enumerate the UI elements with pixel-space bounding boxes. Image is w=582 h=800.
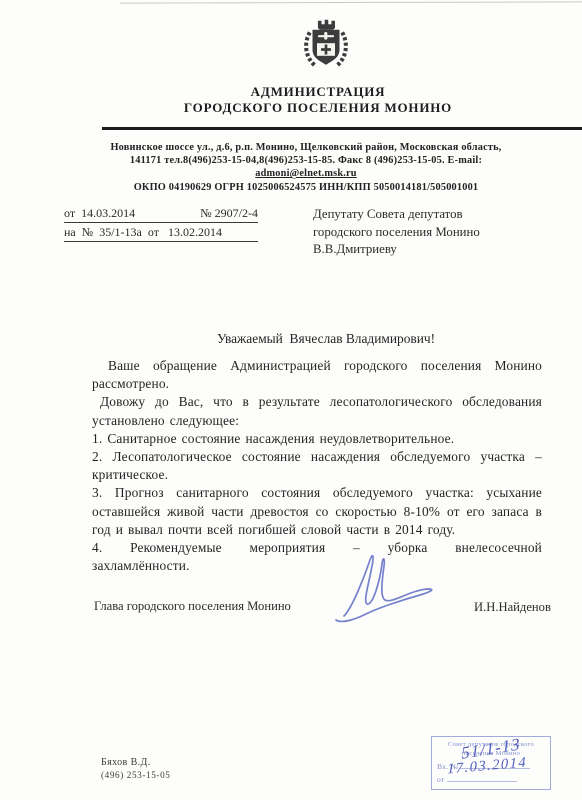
body-line: Довожу до Вас, что в результате лесопато… bbox=[92, 393, 542, 411]
email-text: admoni@elnet.msk.ru bbox=[255, 168, 356, 179]
monino-coat-of-arms-icon bbox=[299, 18, 353, 72]
body-line: 3. Прогноз санитарного состояния обследу… bbox=[92, 484, 542, 502]
stamp-date-label: от bbox=[437, 775, 445, 784]
reference-out-date: от 14.03.2014 bbox=[64, 206, 135, 221]
reference-out-line: от 14.03.2014 № 2907/2-4 bbox=[64, 206, 258, 223]
letter-body: Ваше обращение Администрацией городского… bbox=[92, 357, 542, 575]
scanned-letter-page: АДМИНИСТРАЦИЯ ГОРОДСКОГО ПОСЕЛЕНИЯ МОНИН… bbox=[0, 0, 582, 800]
recipient-block: Депутату Совета депутатов городского пос… bbox=[313, 206, 480, 259]
executor-name: Бяхов В.Д. bbox=[101, 756, 170, 769]
reference-out-number: № 2907/2-4 bbox=[200, 206, 258, 221]
recipient-line3: В.В.Дмитриеву bbox=[313, 241, 480, 259]
contact-block: Новинское шоссе ул., д.6, р.п. Монино, Щ… bbox=[55, 141, 557, 194]
contact-codes-line: ОКПО 04190629 ОГРН 1025006524575 ИНН/КПП… bbox=[55, 181, 557, 194]
body-line: Ваше обращение Администрацией городского… bbox=[92, 357, 542, 375]
reference-in-line: на № 35/1-13а от 13.02.2014 bbox=[64, 225, 258, 242]
recipient-line2: городского поселения Монино bbox=[313, 224, 480, 242]
body-line: 1. Санитарное состояние насаждения неудо… bbox=[92, 430, 542, 448]
recipient-line1: Депутату Совета депутатов bbox=[313, 206, 480, 224]
reference-block: от 14.03.2014 № 2907/2-4 на № 35/1-13а о… bbox=[64, 206, 258, 244]
executor-block: Бяхов В.Д. (496) 253-15-05 bbox=[101, 756, 170, 782]
org-title-line2: ГОРОДСКОГО ПОСЕЛЕНИЯ МОНИНО bbox=[55, 100, 581, 116]
body-line: установлено следующее: bbox=[92, 412, 542, 430]
signatory-name: И.Н.Найденов bbox=[474, 600, 551, 615]
contact-address-line: Новинское шоссе ул., д.6, р.п. Монино, Щ… bbox=[55, 141, 557, 154]
org-title: АДМИНИСТРАЦИЯ ГОРОДСКОГО ПОСЕЛЕНИЯ МОНИН… bbox=[55, 84, 581, 115]
handwritten-signature-icon bbox=[330, 550, 450, 628]
body-line: рассмотрено. bbox=[92, 375, 542, 393]
body-line: 4. Рекомендуемые мероприятия – уборка вн… bbox=[92, 539, 542, 557]
scan-edge-artifact bbox=[120, 1, 582, 3]
org-title-line1: АДМИНИСТРАЦИЯ bbox=[55, 84, 581, 100]
body-line: захламлённости. bbox=[92, 557, 542, 575]
header-divider-rule bbox=[102, 127, 582, 130]
salutation: Уважаемый Вячеслав Владимирович! bbox=[217, 331, 435, 347]
body-line: год и вывал почти всей погибшей словой ч… bbox=[92, 521, 542, 539]
signatory-position: Глава городского поселения Монино bbox=[94, 599, 291, 614]
contact-phone-line: 141171 тел.8(496)253-15-04,8(496)253-15-… bbox=[55, 154, 557, 167]
body-line: критическое. bbox=[92, 466, 542, 484]
body-line: 2. Лесопатологическое состояние насажден… bbox=[92, 448, 542, 466]
executor-phone: (496) 253-15-05 bbox=[101, 769, 170, 782]
body-line: оставшейся живой части древостоя со скор… bbox=[92, 503, 542, 521]
